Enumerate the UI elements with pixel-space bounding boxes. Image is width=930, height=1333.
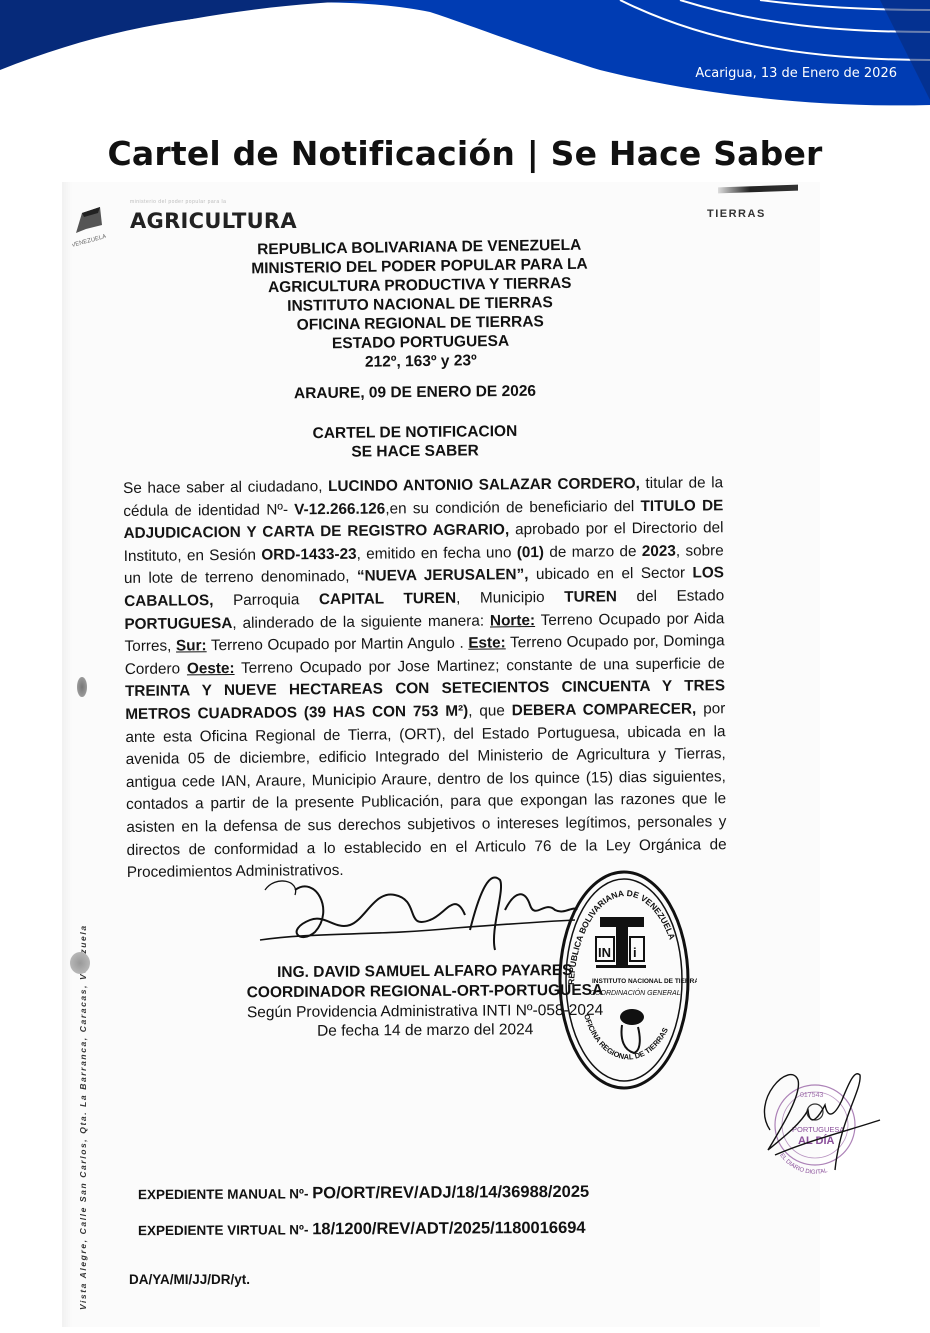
- signatory-date: De fecha 14 de marzo del 2024: [230, 1020, 620, 1042]
- document-initials: DA/YA/MI/JJ/DR/yt.: [129, 1272, 250, 1287]
- punch-hole: [77, 677, 87, 697]
- svg-text:PORTUGUESA: PORTUGUESA: [792, 1125, 844, 1134]
- letterhead-small-text: ministerio del poder popular para la: [130, 199, 226, 205]
- portuguesa-al-dia-watermark: 017543 PORTUGUESA AL DÍA EL DIARIO DIGIT…: [750, 1060, 890, 1180]
- ministry-logo-icon: VENEZUELA: [72, 203, 106, 251]
- signatory-providencia: Según Providencia Administrativa INTI Nº…: [230, 1001, 620, 1023]
- document-date: ARAURE, 09 DE ENERO DE 2026: [270, 382, 560, 403]
- svg-text:017543: 017543: [800, 1092, 823, 1099]
- signatory-block: ING. DAVID SAMUEL ALFARO PAYARES COORDIN…: [230, 961, 621, 1042]
- notification-body: Se hace saber al ciudadano, LUCINDO ANTO…: [123, 472, 727, 884]
- svg-text:VENEZUELA: VENEZUELA: [72, 234, 106, 249]
- svg-text:i: i: [633, 945, 637, 960]
- cartel-title: CARTEL DE NOTIFICACION SE HACE SABER: [270, 421, 560, 462]
- signatory-role: COORDINADOR REGIONAL-ORT-PORTUGUESA: [230, 981, 620, 1004]
- letterhead-agricultura: AGRICULTURA: [130, 209, 297, 233]
- expediente-virtual: EXPEDIENTE VIRTUAL Nº- 18/1200/REV/ADT/2…: [138, 1219, 586, 1240]
- publication-date: Acarigua, 13 de Enero de 2026: [695, 66, 897, 81]
- expediente-manual: EXPEDIENTE MANUAL Nº- PO/ORT/REV/ADJ/18/…: [138, 1183, 589, 1204]
- signatory-name: ING. DAVID SAMUEL ALFARO PAYARES: [230, 961, 620, 984]
- header-banner: [0, 0, 930, 120]
- handwritten-signature: [255, 870, 585, 960]
- institution-header: REPUBLICA BOLIVARIANA DE VENEZUELA MINIS…: [199, 235, 641, 374]
- svg-text:IN: IN: [598, 945, 611, 960]
- page-title: Cartel de Notificación | Se Hace Saber: [0, 134, 930, 173]
- letterhead-tierras: TIERRAS: [707, 208, 766, 220]
- punch-hole: [70, 952, 90, 974]
